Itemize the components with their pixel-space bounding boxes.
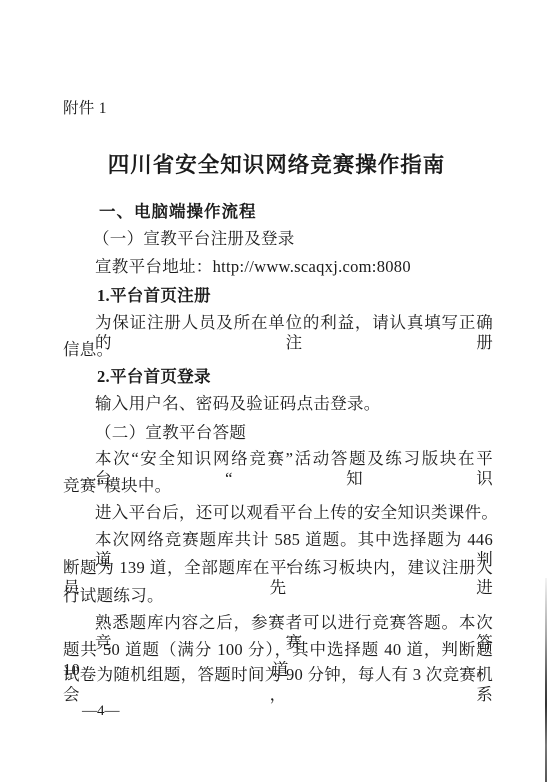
body-line: 竞赛”模块中。 (63, 476, 171, 496)
scan-artifact-line (545, 578, 547, 782)
attachment-label: 附件 1 (63, 99, 107, 119)
step-heading-login: 2.平台首页登录 (97, 367, 211, 387)
subsection-heading-answering: （二）宣教平台答题 (95, 423, 246, 443)
document-title: 四川省安全知识网络竞赛操作指南 (0, 148, 553, 179)
platform-url-line: 宣教平台地址：http://www.scaqxj.com:8080 (95, 257, 411, 277)
body-line: 信息。 (63, 340, 113, 360)
body-line: 为保证注册人员及所在单位的利益，请认真填写正确的注册 (95, 313, 493, 353)
page-number: —4— (82, 701, 120, 721)
step-heading-register: 1.平台首页注册 (97, 286, 211, 306)
body-line: 试卷为随机组题，答题时间为 90 分钟，每人有 3 次竞赛机会，系 (63, 665, 493, 705)
body-line: 输入用户名、密码及验证码点击登录。 (95, 394, 381, 414)
document-page: 附件 1 四川省安全知识网络竞赛操作指南 一、电脑端操作流程 （一）宣教平台注册… (0, 0, 553, 782)
subsection-heading-register-login: （一）宣教平台注册及登录 (93, 229, 295, 249)
section-heading-computer-flow: 一、电脑端操作流程 (99, 202, 257, 222)
body-line: 行试题练习。 (63, 586, 164, 606)
body-line: 进入平台后，还可以观看平台上传的安全知识类课件。 (95, 503, 498, 523)
